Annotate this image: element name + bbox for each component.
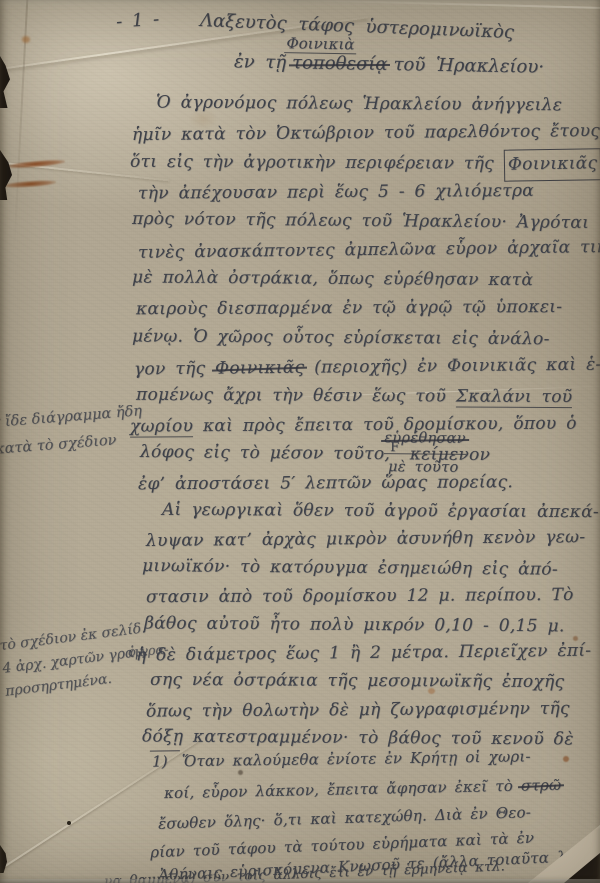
rust-stain — [7, 158, 65, 169]
torn-edge — [0, 150, 12, 200]
torn-edge — [0, 845, 7, 873]
handwritten-line: βάθος αὐτοῦ ἦτο πολὺ μικρόν 0,10 - 0,15 … — [144, 609, 600, 641]
line-text: ὅτι εἰς τὴν ἀγροτικὴν περιφέρειαν τῆς — [130, 152, 494, 174]
rust-stain — [22, 36, 30, 43]
footnote-line: ἔσωθεν ὅλης· ὅ,τι καὶ κατεχώθη. Διὰ ἐν Θ… — [158, 803, 531, 833]
line-text: πομένως ἄχρι τὴν θέσιν ἕως τοῦ — [136, 385, 446, 407]
margin-note-1: † ἴδε διάγραμμα ἤδη κατὰ τὸ σχέδιον — [0, 398, 145, 464]
footnote-line: κοί, εὗρον λάκκον, ἔπειτα ἄφησαν ἐκεῖ τὸ… — [164, 776, 562, 802]
handwritten-line: τινὲς ἀνασκάπτοντες ἀμπελῶνα εὗρον ἀρχαῖ… — [138, 233, 600, 268]
handwritten-line: χωρίου καὶ πρὸς ἔπειτα τοῦ δρομίσκου, ὅπ… — [130, 409, 600, 441]
margin-note-2: τὸ σχέδιον ἐκ σελίδ. 4 ἀρχ. χαρτῶν γραμ.… — [0, 617, 153, 703]
handwritten-line: πομένως ἄχρι τὴν θέσιν ἕως τοῦ Σκαλάνι τ… — [136, 381, 600, 413]
handwritten-line: λυψαν κατ’ ἀρχὰς μικρὸν ἀσυνήθη κενὸν γε… — [146, 523, 600, 555]
title-line2-pre: ἐν τῇ — [234, 51, 286, 73]
handwritten-line: σης νέα ὀστράκια τῆς μεσομινωϊκῆς ἐποχῆς — [150, 666, 600, 697]
rust-stain — [4, 179, 56, 189]
insertion-mark: Fεὑρέθησανμὲ τοῦτο — [390, 440, 400, 470]
handwritten-line: γον τῆς Φοινικιᾶς (περιοχῆς) ἐν Φοινικιᾶ… — [134, 350, 600, 384]
handwritten-line: ἡ δὲ διάμετρος ἕως 1 ἢ 2 μέτρα. Περιεῖχε… — [136, 637, 600, 670]
handwritten-line: Αἱ γεωργικαὶ ὅθεν τοῦ ἀγροῦ ἐργασίαι ἀπε… — [162, 496, 600, 527]
handwritten-line: μὲ πολλὰ ὀστράκια, ὅπως εὑρέθησαν κατὰ — [132, 263, 600, 295]
handwritten-line: στασιν ἀπὸ τοῦ δρομίσκου 12 μ. περίπου. … — [146, 581, 600, 612]
handwritten-line: ὅτι εἰς τὴν ἀγροτικὴν περιφέρειαν τῆς Φο… — [130, 147, 600, 179]
underlined-word: χωρίου — [130, 416, 193, 437]
ink-dot — [238, 770, 243, 775]
page-number: - 1 - — [115, 8, 161, 32]
line-text: γον τῆς — [134, 358, 206, 379]
insertion-above-line: εὑρέθησαν — [384, 424, 466, 455]
line-text: (περιοχῆς) ἐν Φοινικιᾶς καὶ ἑ- — [314, 354, 600, 377]
line-text: λόφος εἰς τὸ μέσον τοῦτο, — [140, 442, 390, 464]
underlined-word: Σκαλάνι τοῦ — [456, 386, 573, 408]
manuscript-page: - 1 - Λαξευτὸς τάφος ὑστερομινωϊκὸς ἐν τ… — [0, 0, 600, 883]
struck-word: Φοινικιᾶς — [215, 357, 305, 378]
handwritten-line: μένῳ. Ὁ χῶρος οὗτος εὑρίσκεται εἰς ἀνάλο… — [132, 322, 600, 354]
rust-stain — [563, 756, 569, 762]
torn-edge — [0, 56, 10, 108]
handwritten-line: λόφος εἰς τὸ μέσον τοῦτο,Fεὑρέθησανμὲ το… — [140, 438, 600, 471]
struck-word: τοποθεσίᾳ — [292, 52, 388, 75]
footnote-line: 1)Ὅταν καλούμεθα ἐνίοτε ἐν Κρήτῃ οἱ χωρι… — [150, 745, 531, 770]
title-correction: Φοινικιὰτοποθεσίᾳ — [292, 52, 388, 75]
footnote-marker: 1) — [150, 750, 180, 770]
handwritten-line: ἡμῖν κατὰ τὸν Ὀκτώβριον τοῦ παρελθόντος … — [132, 117, 600, 150]
paragraph-1: Ὁ ἀγρονόμος πόλεως Ἡρακλείου ἀνήγγειλε ἡ… — [130, 90, 600, 499]
ink-dot — [67, 821, 71, 825]
handwritten-line: Ὁ ἀγρονόμος πόλεως Ἡρακλείου ἀνήγγειλε — [156, 88, 600, 120]
title-line2-post: τοῦ Ἡρακλείου· — [393, 54, 544, 78]
handwritten-line: πρὸς νότον τῆς πόλεως τοῦ Ἡρακλείου· Ἀγρ… — [132, 205, 600, 238]
handwritten-line: μινωϊκόν· τὸ κατόρυγμα ἐσημειώθη εἰς ἀπό… — [142, 552, 600, 584]
title-line-2: ἐν τῇΦοινικιὰτοποθεσίᾳτοῦ Ἡρακλείου· — [234, 51, 544, 77]
line-text: Ὅταν καλούμεθα ἐνίοτε ἐν Κρήτῃ οἱ χωρι- — [182, 747, 531, 770]
handwritten-line: καιροὺς διεσπαρμένα ἐν τῷ ἀγρῷ τῷ ὑποκει… — [136, 293, 600, 325]
handwritten-line: τὴν ἀπέχουσαν περὶ ἕως 5 - 6 χιλιόμετρα — [138, 176, 600, 208]
title-line-1: Λαξευτὸς τάφος ὑστερομινωϊκὸς — [200, 10, 515, 43]
crease-line — [13, 0, 29, 250]
paragraph-2: Αἱ γεωργικαὶ ὅθεν τοῦ ἀγροῦ ἐργασίαι ἀπε… — [134, 497, 600, 753]
line-text: κοί, εὗρον λάκκον, ἔπειτα ἄφησαν ἐκεῖ τὸ — [164, 777, 513, 802]
handwritten-line: ὅπως τὴν θολωτὴν δὲ μὴ ζωγραφισμένην τῆς — [146, 694, 600, 726]
crease-line — [300, 0, 600, 9]
handwritten-line: ἐφ’ ἀποστάσει 5′ λεπτῶν ὥρας πορείας. — [138, 468, 600, 500]
struck-word: στρῶ — [521, 776, 562, 795]
